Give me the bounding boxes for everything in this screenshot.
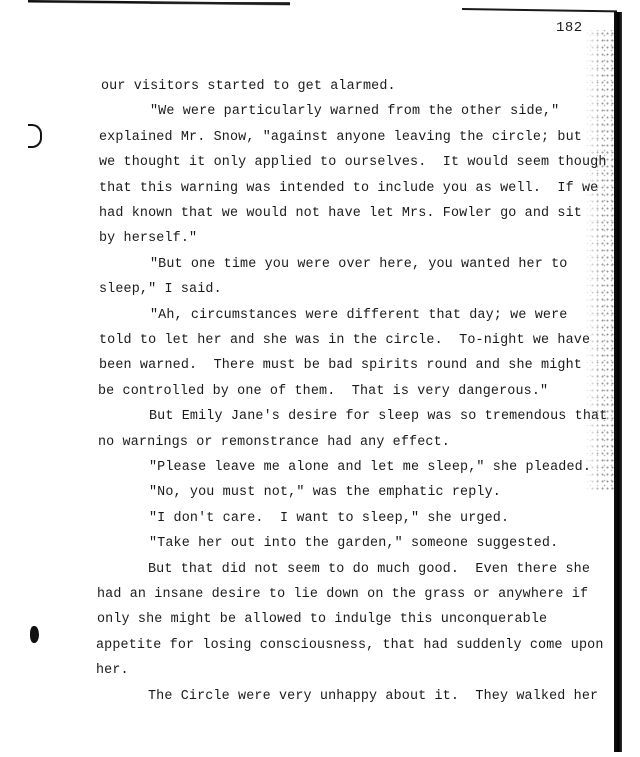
text-line: we thought it only applied to ourselves.…	[99, 155, 607, 170]
text-line: only she might be allowed to indulge thi…	[97, 612, 547, 627]
text-line: "Please leave me alone and let me sleep,…	[149, 460, 591, 475]
text-line: had an insane desire to lie down on the …	[97, 587, 588, 602]
text-line: "Ah, circumstances were different that d…	[150, 308, 567, 323]
text-line: no warnings or remonstrance had any effe…	[98, 435, 450, 450]
text-line: be controlled by one of them. That is ve…	[98, 384, 548, 399]
page-number: 182	[556, 20, 583, 36]
text-line: by herself."	[99, 231, 197, 246]
scan-edge-right	[614, 12, 622, 752]
text-line: But Emily Jane's desire for sleep was so…	[149, 409, 607, 424]
scan-edge-top-right	[462, 8, 617, 12]
text-line: "But one time you were over here, you wa…	[150, 257, 567, 272]
scan-edge-top-left-shadow	[150, 2, 290, 4]
punch-hole-mark-bottom	[30, 626, 39, 643]
text-line: appetite for losing consciousness, that …	[96, 638, 604, 653]
text-line: that this warning was intended to includ…	[99, 181, 598, 196]
text-line: But that did not seem to do much good. E…	[148, 562, 590, 577]
text-line: "I don't care. I want to sleep," she urg…	[149, 511, 509, 526]
text-line: our visitors started to get alarmed.	[101, 79, 396, 94]
text-line: "Take her out into the garden," someone …	[149, 536, 558, 551]
text-line: The Circle were very unhappy about it. T…	[148, 689, 598, 704]
text-line: her.	[96, 663, 129, 678]
text-line: explained Mr. Snow, "against anyone leav…	[99, 130, 582, 145]
text-line: told to let her and she was in the circl…	[99, 333, 590, 348]
text-line: sleep," I said.	[99, 282, 222, 297]
text-line: had known that we would not have let Mrs…	[99, 206, 582, 221]
text-line: "We were particularly warned from the ot…	[150, 104, 559, 119]
text-line: "No, you must not," was the emphatic rep…	[149, 485, 501, 500]
text-line: been warned. There must be bad spirits r…	[99, 358, 582, 373]
punch-hole-mark-top	[28, 124, 42, 148]
